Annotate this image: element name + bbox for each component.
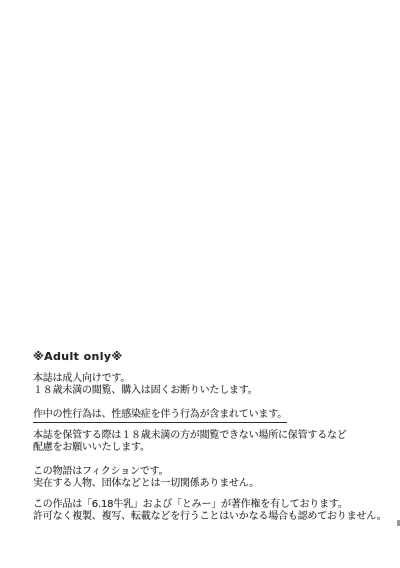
scanned-disclaimer-page: ※Adult only※ 本誌は成人向けです。 １８歳未満の閲覧、購入は固くお断… bbox=[0, 0, 400, 568]
storage-notice-line-1: 本誌を保管する際は１８歳未満の方が閲覧できない場所に保管するなど bbox=[33, 430, 347, 442]
fiction-disclaimer-line-2: 実在する人物、団体などとは一切関係ありません。 bbox=[33, 478, 259, 490]
age-notice-line-2: １８歳未満の閲覧、購入は固くお断りいたします。 bbox=[33, 385, 258, 397]
copyright-notice-line-2: 許可なく複製、複写、転載などを行うことはいかなる場合も認めておりません。 bbox=[33, 511, 386, 523]
copyright-notice-line-1: この作品は「6.18牛乳」および「とみー」が著作権を有しております。 bbox=[33, 499, 386, 511]
content-warning-notice: 作中の性行為は、性感染症を伴う行為が含まれています。 bbox=[33, 409, 287, 423]
adult-only-header: ※Adult only※ bbox=[33, 351, 123, 363]
storage-notice-line-2: 配慮をお願いいたします。 bbox=[33, 442, 347, 454]
age-notice-line-1: 本誌は成人向けです。 bbox=[33, 373, 258, 385]
fiction-disclaimer: この物語はフィクションです。 実在する人物、団体などとは一切関係ありません。 bbox=[33, 466, 259, 490]
copyright-notice: この作品は「6.18牛乳」および「とみー」が著作権を有しております。 許可なく複… bbox=[33, 499, 386, 523]
content-warning-underlined-text: 作中の性行為は、性感染症を伴う行為が含まれています。 bbox=[33, 409, 287, 423]
age-restriction-notice: 本誌は成人向けです。 １８歳未満の閲覧、購入は固くお断りいたします。 bbox=[33, 373, 258, 397]
storage-notice: 本誌を保管する際は１８歳未満の方が閲覧できない場所に保管するなど 配慮をお願いい… bbox=[33, 430, 347, 454]
fiction-disclaimer-line-1: この物語はフィクションです。 bbox=[33, 466, 259, 478]
